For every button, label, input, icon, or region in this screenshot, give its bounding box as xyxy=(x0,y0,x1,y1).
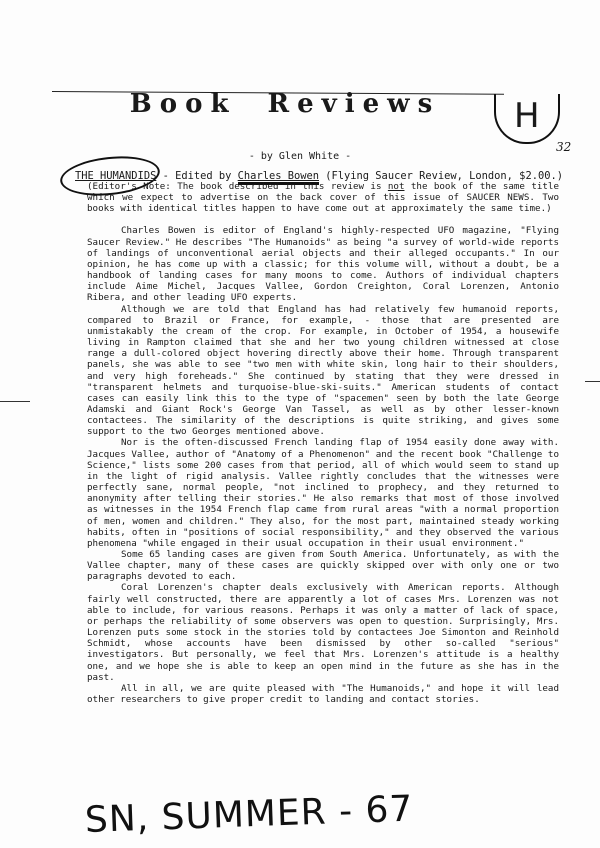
paragraph: Charles Bowen is editor of England's hig… xyxy=(87,225,559,303)
annotation-letter: H xyxy=(514,96,540,136)
margin-mark-left xyxy=(0,401,30,402)
paragraph: Although we are told that England has ha… xyxy=(87,304,559,438)
editors-note: (Editor's Note: The book described in th… xyxy=(87,181,559,214)
paragraph: All in all, we are quite pleased with "T… xyxy=(87,683,559,705)
review-body: (Editor's Note: The book described in th… xyxy=(87,181,559,705)
paragraph: Coral Lorenzen's chapter deals exclusive… xyxy=(87,582,559,682)
handwritten-source-note: SN, SUMMER - 67 xyxy=(84,789,414,841)
circled-letter-annotation: H xyxy=(494,94,560,144)
page-title-text: Book Reviews xyxy=(130,89,440,119)
editors-note-text-1: (Editor's Note: The book described in th… xyxy=(87,181,388,192)
paragraph: Nor is the often-discussed French landin… xyxy=(87,437,559,549)
scanned-page: Book Reviews H 32 - by Glen White - THE … xyxy=(0,0,600,848)
editors-note-emphasis: not xyxy=(388,181,405,192)
paragraph: Some 65 landing cases are given from Sou… xyxy=(87,549,559,582)
margin-mark-right xyxy=(585,381,600,382)
